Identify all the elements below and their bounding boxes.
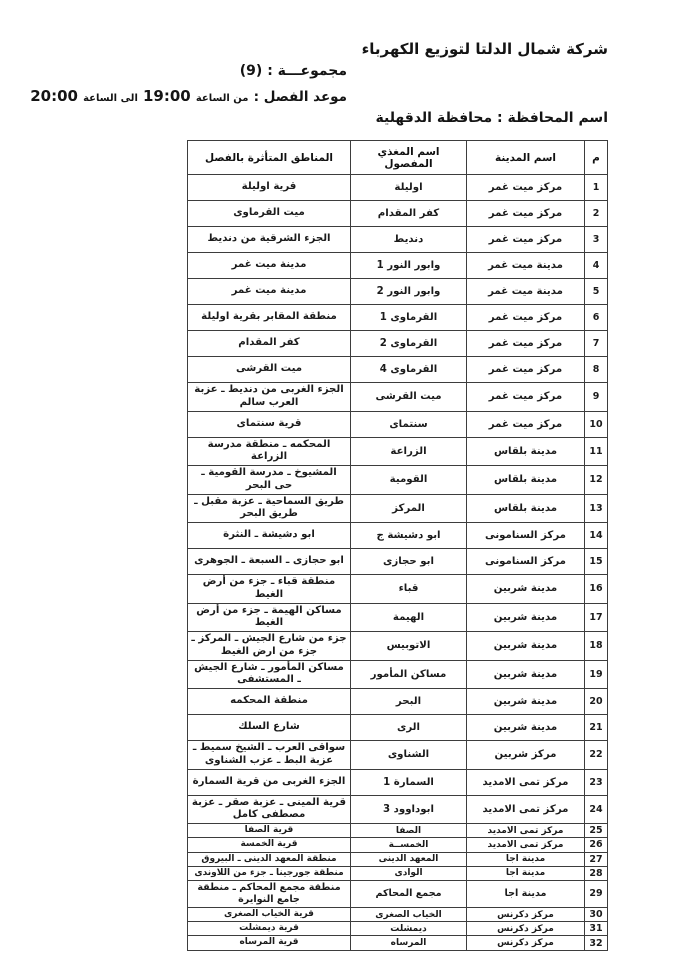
areas-cell: مدينة ميت غمر <box>188 279 351 305</box>
row-number-cell: 19 <box>585 660 608 689</box>
areas-cell: منطقة مجمع المحاكم ـ منطقة جامع النوايرة <box>188 881 351 908</box>
feeder-cell: قباء <box>351 575 467 604</box>
city-cell: مركز ميت غمر <box>467 175 585 201</box>
row-number-cell: 32 <box>585 936 608 950</box>
table-row: 29 مدينة اجا مجمع المحاكم منطقة مجمع الم… <box>188 881 608 908</box>
table-row: 32 مركز دكرنس المرساه قرية المرساه <box>188 936 608 950</box>
feeder-cell: ابوداوود 3 <box>351 795 467 824</box>
areas-cell: قرية المينى ـ عزبة صقر ـ عزبة مصطفى كامل <box>188 795 351 824</box>
schedule-to-time: 20:00 <box>30 87 78 105</box>
row-number-cell: 5 <box>585 279 608 305</box>
city-cell: مدينة شربين <box>467 715 585 741</box>
table-row: 6 مركز ميت غمر القرماوى 1 منطقة المقابر … <box>188 305 608 331</box>
table-row: 27 مدينة اجا المعهد الدينى منطقة المعهد … <box>188 852 608 866</box>
table-row: 8 مركز ميت غمر القرماوى 4 ميت القرشى <box>188 357 608 383</box>
city-cell: مدينة شربين <box>467 689 585 715</box>
areas-cell: مساكن الهيمة ـ جزء من أرض الغيط <box>188 603 351 632</box>
city-cell: مركز دكرنس <box>467 936 585 950</box>
header-city: اسم المدينة <box>467 141 585 175</box>
feeder-cell: المرساه <box>351 936 467 950</box>
row-number-cell: 6 <box>585 305 608 331</box>
areas-cell: قرية ديمشلت <box>188 922 351 936</box>
city-cell: مركز ميت غمر <box>467 305 585 331</box>
row-number-cell: 26 <box>585 838 608 852</box>
city-cell: مدينة ميت غمر <box>467 253 585 279</box>
areas-cell: الجزء الغربى من دنديط ـ عزبة العرب سالم <box>188 383 351 412</box>
row-number-cell: 1 <box>585 175 608 201</box>
schedule-label: موعد الفصل : <box>254 89 347 105</box>
areas-cell: قرية الخمسة <box>188 838 351 852</box>
table-row: 1 مركز ميت غمر اوليلة قرية اوليلة <box>188 175 608 201</box>
row-number-cell: 22 <box>585 741 608 770</box>
city-cell: مركز شربين <box>467 741 585 770</box>
city-cell: مركز السنامونى <box>467 523 585 549</box>
table-row: 30 مركز دكرنس الخياب الصغرى قرية الخياب … <box>188 907 608 921</box>
feeder-cell: البحر <box>351 689 467 715</box>
row-number-cell: 12 <box>585 466 608 495</box>
feeder-cell: الرى <box>351 715 467 741</box>
row-number-cell: 7 <box>585 331 608 357</box>
areas-cell: شارع السلك <box>188 715 351 741</box>
governorate-label: اسم المحافظة : محافظة الدقهلية <box>375 110 608 126</box>
group-label: مجموعـــة : (9) <box>240 63 347 79</box>
city-cell: مدينة بلقاس <box>467 437 585 466</box>
row-number-cell: 2 <box>585 201 608 227</box>
feeder-cell: الوادى <box>351 866 467 880</box>
row-number-cell: 13 <box>585 494 608 523</box>
city-cell: مركز تمى الامديد <box>467 838 585 852</box>
city-cell: مدينة شربين <box>467 632 585 661</box>
row-number-cell: 24 <box>585 795 608 824</box>
table-row: 24 مركز تمى الامديد ابوداوود 3 قرية المي… <box>188 795 608 824</box>
header-number: م <box>585 141 608 175</box>
city-cell: مركز السنامونى <box>467 549 585 575</box>
row-number-cell: 8 <box>585 357 608 383</box>
feeder-cell: الشناوى <box>351 741 467 770</box>
areas-cell: ميت القرشى <box>188 357 351 383</box>
city-cell: مركز تمى الامديد <box>467 795 585 824</box>
table-row: 4 مدينة ميت غمر وابور النور 1 مدينة ميت … <box>188 253 608 279</box>
table-row: 2 مركز ميت غمر كفر المقدام ميت القرماوى <box>188 201 608 227</box>
row-number-cell: 4 <box>585 253 608 279</box>
header-feeder: اسم المغذي المفصول <box>351 141 467 175</box>
table-row: 31 مركز دكرنس ديمشلت قرية ديمشلت <box>188 922 608 936</box>
feeder-cell: المعهد الدينى <box>351 852 467 866</box>
row-number-cell: 31 <box>585 922 608 936</box>
table-row: 21 مدينة شربين الرى شارع السلك <box>188 715 608 741</box>
areas-cell: منطقة المقابر بقرية اوليلة <box>188 305 351 331</box>
areas-cell: الجزء الشرقية من دنديط <box>188 227 351 253</box>
areas-cell: منطقة جورجينا ـ جزء من اللاوندى <box>188 866 351 880</box>
header-row: م اسم المدينة اسم المغذي المفصول المناطق… <box>188 141 608 175</box>
schedule-from-time: 19:00 <box>143 87 191 105</box>
table-row: 5 مدينة ميت غمر وابور النور 2 مدينة ميت … <box>188 279 608 305</box>
table-row: 7 مركز ميت غمر القرماوى 2 كفر المقدام <box>188 331 608 357</box>
table-row: 26 مركز تمى الامديد الخمســة قرية الخمسة <box>188 838 608 852</box>
table-row: 13 مدينة بلقاس المركز طريق السماحية ـ عز… <box>188 494 608 523</box>
feeder-cell: القرماوى 4 <box>351 357 467 383</box>
feeder-cell: القومية <box>351 466 467 495</box>
city-cell: مركز ميت غمر <box>467 411 585 437</box>
table-row: 17 مدينة شربين الهيمة مساكن الهيمة ـ جزء… <box>188 603 608 632</box>
feeder-cell: دنديط <box>351 227 467 253</box>
areas-cell: جزء من شارع الجيش ـ المركز ـ جزء من ارض … <box>188 632 351 661</box>
table-row: 9 مركز ميت غمر ميت القرشى الجزء الغربى م… <box>188 383 608 412</box>
row-number-cell: 10 <box>585 411 608 437</box>
table-row: 11 مدينة بلقاس الزراعة المحكمه ـ منطقة م… <box>188 437 608 466</box>
city-cell: مركز تمى الامديد <box>467 824 585 838</box>
city-cell: مدينة اجا <box>467 881 585 908</box>
table-row: 23 مركز تمى الامديد السمارة 1 الجزء الغر… <box>188 769 608 795</box>
feeder-cell: الاتوبيس <box>351 632 467 661</box>
schedule-to-label: الى الساعة <box>83 93 138 104</box>
row-number-cell: 11 <box>585 437 608 466</box>
table-row: 12 مدينة بلقاس القومية المشيوخ ـ مدرسة ا… <box>188 466 608 495</box>
row-number-cell: 3 <box>585 227 608 253</box>
table-row: 14 مركز السنامونى ابو دشيشة ج ابو دشيشة … <box>188 523 608 549</box>
row-number-cell: 17 <box>585 603 608 632</box>
city-cell: مدينة شربين <box>467 660 585 689</box>
feeder-cell: الزراعة <box>351 437 467 466</box>
areas-cell: ميت القرماوى <box>188 201 351 227</box>
feeder-cell: ميت القرشى <box>351 383 467 412</box>
table-row: 22 مركز شربين الشناوى سواقى العرب ـ الشي… <box>188 741 608 770</box>
header-areas: المناطق المتأثرة بالفصل <box>188 141 351 175</box>
outage-table-head: م اسم المدينة اسم المغذي المفصول المناطق… <box>188 141 608 175</box>
areas-cell: سواقى العرب ـ الشيخ سميط ـ عزبة البط ـ ع… <box>188 741 351 770</box>
feeder-cell: القرماوى 1 <box>351 305 467 331</box>
areas-cell: مدينة ميت غمر <box>188 253 351 279</box>
row-number-cell: 29 <box>585 881 608 908</box>
city-cell: مركز ميت غمر <box>467 201 585 227</box>
areas-cell: ابو دشيشة ـ النثرة <box>188 523 351 549</box>
city-cell: مركز تمى الامديد <box>467 769 585 795</box>
row-number-cell: 16 <box>585 575 608 604</box>
areas-cell: قرية المرساه <box>188 936 351 950</box>
areas-cell: منطقة قباء ـ جزء من أرض الغيط <box>188 575 351 604</box>
feeder-cell: الخمســة <box>351 838 467 852</box>
areas-cell: كفر المقدام <box>188 331 351 357</box>
areas-cell: المشيوخ ـ مدرسة القومية ـ حى البحر <box>188 466 351 495</box>
areas-cell: ابو حجازى ـ السبعة ـ الجوهرى <box>188 549 351 575</box>
table-row: 3 مركز ميت غمر دنديط الجزء الشرقية من دن… <box>188 227 608 253</box>
outage-schedule-line: موعد الفصل : من الساعة 19:00 الى الساعة … <box>30 86 347 105</box>
feeder-cell: اوليلة <box>351 175 467 201</box>
company-title: شركة شمال الدلتا لتوزيع الكهرباء <box>362 40 608 58</box>
schedule-from-label: من الساعة <box>196 93 249 104</box>
feeder-cell: سنتماى <box>351 411 467 437</box>
city-cell: مدينة اجا <box>467 852 585 866</box>
row-number-cell: 15 <box>585 549 608 575</box>
feeder-cell: الصفا <box>351 824 467 838</box>
row-number-cell: 25 <box>585 824 608 838</box>
city-cell: مدينة شربين <box>467 575 585 604</box>
feeder-cell: الخياب الصغرى <box>351 907 467 921</box>
city-cell: مدينة ميت غمر <box>467 279 585 305</box>
feeder-cell: ابو حجازى <box>351 549 467 575</box>
table-row: 25 مركز تمى الامديد الصفا قرية الصفا <box>188 824 608 838</box>
areas-cell: طريق السماحية ـ عزبة مقبل ـ طريق البحر <box>188 494 351 523</box>
feeder-cell: الهيمة <box>351 603 467 632</box>
areas-cell: قرية الصفا <box>188 824 351 838</box>
city-cell: مركز ميت غمر <box>467 331 585 357</box>
areas-cell: قرية الخياب الصغرى <box>188 907 351 921</box>
feeder-cell: ابو دشيشة ج <box>351 523 467 549</box>
areas-cell: منطقة المحكمه <box>188 689 351 715</box>
row-number-cell: 28 <box>585 866 608 880</box>
feeder-cell: مجمع المحاكم <box>351 881 467 908</box>
outage-table-wrap: م اسم المدينة اسم المغذي المفصول المناطق… <box>188 140 608 951</box>
row-number-cell: 9 <box>585 383 608 412</box>
city-cell: مدينة اجا <box>467 866 585 880</box>
table-row: 18 مدينة شربين الاتوبيس جزء من شارع الجي… <box>188 632 608 661</box>
table-row: 16 مدينة شربين قباء منطقة قباء ـ جزء من … <box>188 575 608 604</box>
row-number-cell: 23 <box>585 769 608 795</box>
feeder-cell: وابور النور 1 <box>351 253 467 279</box>
city-cell: مركز دكرنس <box>467 922 585 936</box>
feeder-cell: وابور النور 2 <box>351 279 467 305</box>
table-row: 19 مدينة شربين مساكن المأمور مساكن المأم… <box>188 660 608 689</box>
row-number-cell: 30 <box>585 907 608 921</box>
outage-table: م اسم المدينة اسم المغذي المفصول المناطق… <box>187 140 608 951</box>
row-number-cell: 18 <box>585 632 608 661</box>
areas-cell: مساكن المأمور ـ شارع الجيش ـ المستشفى <box>188 660 351 689</box>
city-cell: مركز دكرنس <box>467 907 585 921</box>
row-number-cell: 27 <box>585 852 608 866</box>
feeder-cell: ديمشلت <box>351 922 467 936</box>
feeder-cell: مساكن المأمور <box>351 660 467 689</box>
city-cell: مركز ميت غمر <box>467 357 585 383</box>
city-cell: مدينة شربين <box>467 603 585 632</box>
areas-cell: قرية اوليلة <box>188 175 351 201</box>
table-row: 20 مدينة شربين البحر منطقة المحكمه <box>188 689 608 715</box>
feeder-cell: القرماوى 2 <box>351 331 467 357</box>
row-number-cell: 20 <box>585 689 608 715</box>
city-cell: مدينة بلقاس <box>467 494 585 523</box>
row-number-cell: 21 <box>585 715 608 741</box>
row-number-cell: 14 <box>585 523 608 549</box>
feeder-cell: كفر المقدام <box>351 201 467 227</box>
outage-table-body: 1 مركز ميت غمر اوليلة قرية اوليلة 2 مركز… <box>188 175 608 951</box>
feeder-cell: المركز <box>351 494 467 523</box>
feeder-cell: السمارة 1 <box>351 769 467 795</box>
areas-cell: الجزء الغربى من قرية السمارة <box>188 769 351 795</box>
city-cell: مركز ميت غمر <box>467 383 585 412</box>
table-row: 28 مدينة اجا الوادى منطقة جورجينا ـ جزء … <box>188 866 608 880</box>
city-cell: مدينة بلقاس <box>467 466 585 495</box>
areas-cell: قرية سنتماى <box>188 411 351 437</box>
table-row: 10 مركز ميت غمر سنتماى قرية سنتماى <box>188 411 608 437</box>
areas-cell: منطقة المعهد الدينى ـ البيروق <box>188 852 351 866</box>
table-row: 15 مركز السنامونى ابو حجازى ابو حجازى ـ … <box>188 549 608 575</box>
document-page: شركة شمال الدلتا لتوزيع الكهرباء مجموعــ… <box>0 0 679 960</box>
city-cell: مركز ميت غمر <box>467 227 585 253</box>
areas-cell: المحكمه ـ منطقة مدرسة الزراعة <box>188 437 351 466</box>
